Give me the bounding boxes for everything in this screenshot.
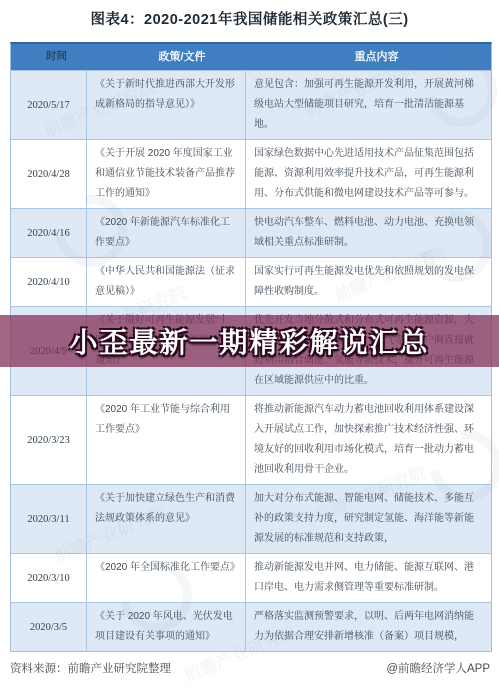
column-header-time: 时间 <box>11 44 102 70</box>
cell-policy: 《中华人民共和国能源法（征求意见稿）》 <box>86 258 246 306</box>
cell-content: 加大对分布式能源、智能电网、储能技术、多能互补的政策支持力度，研究制定氢能、海洋… <box>246 485 491 553</box>
page: 图表4：2020-2021年我国储能相关政策汇总(三) 前瞻产业研究院 前瞻产业… <box>0 0 499 688</box>
column-header-content: 重点内容 <box>262 44 491 70</box>
table-header-row: 时间 政策/文件 重点内容 <box>11 44 491 70</box>
source-note: 资料来源：前瞻产业研究院整理 <box>10 660 171 676</box>
table-row: 2020/3/10 《2020 年全国标准化工作要点》 推动新能源发电并网、电力… <box>11 553 491 602</box>
column-header-policy: 政策/文件 <box>102 44 262 70</box>
cell-content: 国家绿色数据中心先进适用技术产品征集范围包括能源、资源利用效率提升技术产品，可再… <box>246 140 491 208</box>
cell-content: 推动新能源发电并网、电力储能、能源互联网、港口岸电、电力需求侧管理等重要标准研制… <box>246 554 491 602</box>
cell-content: 国家实行可再生能源发电优先和依照规划的发电保障性收购制度。 <box>246 258 491 306</box>
cell-date: 2020/5/17 <box>11 71 86 139</box>
cell-policy: 《关于加快建立绿色生产和消费法规政策体系的意见》 <box>86 485 246 553</box>
cell-content: 严格落实监测预警要求，以明、后两年电网消纳能力为依据合理安排新增核准（备案）项目… <box>246 603 491 651</box>
cell-policy: 《2020 年新能源汽车标准化工作要点》 <box>86 209 246 257</box>
table-row: 2020/3/5 《关于 2020 年风电、光伏发电项目建设有关事项的通知》 严… <box>11 602 491 651</box>
table-row: 2020/3/23 《2020 年工业节能与综合利用工作要点》 将推动新能源汽车… <box>11 395 491 484</box>
cell-date: 2020/4/28 <box>11 140 86 208</box>
cell-content: 意见包含：加强可再生能源开发利用，开展黄河梯级电站大型储能项目研究，培育一批清洁… <box>246 71 491 139</box>
chart-title: 图表4：2020-2021年我国储能相关政策汇总(三) <box>0 8 499 29</box>
cell-date: 2020/4/16 <box>11 209 86 257</box>
table-row: 2020/4/28 《关于开展 2020 年度国家工业和通信业节能技术装备产品推… <box>11 139 491 208</box>
cell-date: 2020/3/10 <box>11 554 86 602</box>
cell-policy: 《关于 2020 年风电、光伏发电项目建设有关事项的通知》 <box>86 603 246 651</box>
table-row: 2020/5/17 《关于新时代推进西部大开发形成新格局的指导意见）》 意见包含… <box>11 70 491 139</box>
credit-note: @前瞻经济学人APP <box>386 660 490 676</box>
cell-content: 将推动新能源汽车动力蓄电池回收利用体系建设深入开展试点工作，加快探索推广技术经济… <box>246 396 491 484</box>
cell-date: 2020/3/5 <box>11 603 86 651</box>
overlay-banner-text: 小歪最新一期精彩解说汇总 <box>69 321 429 361</box>
cell-policy: 《2020 年全国标准化工作要点》 <box>86 554 246 602</box>
cell-date: 2020/3/23 <box>11 396 86 484</box>
cell-policy: 《2020 年工业节能与综合利用工作要点》 <box>86 396 246 484</box>
cell-policy: 《关于新时代推进西部大开发形成新格局的指导意见）》 <box>86 71 246 139</box>
cell-policy: 《关于开展 2020 年度国家工业和通信业节能技术装备产品推荐工作的通知》 <box>86 140 246 208</box>
table-row: 2020/3/11 《关于加快建立绿色生产和消费法规政策体系的意见》 加大对分布… <box>11 484 491 553</box>
cell-date: 2020/4/10 <box>11 258 86 306</box>
table-row: 2020/4/16 《2020 年新能源汽车标准化工作要点》 快电动汽车整车、燃… <box>11 208 491 257</box>
table-row: 2020/4/10 《中华人民共和国能源法（征求意见稿）》 国家实行可再生能源发… <box>11 257 491 306</box>
cell-date: 2020/3/11 <box>11 485 86 553</box>
overlay-banner: 小歪最新一期精彩解说汇总 <box>0 315 499 367</box>
cell-content: 快电动汽车整车、燃料电池、动力电池、充换电领域相关重点标准研制。 <box>246 209 491 257</box>
